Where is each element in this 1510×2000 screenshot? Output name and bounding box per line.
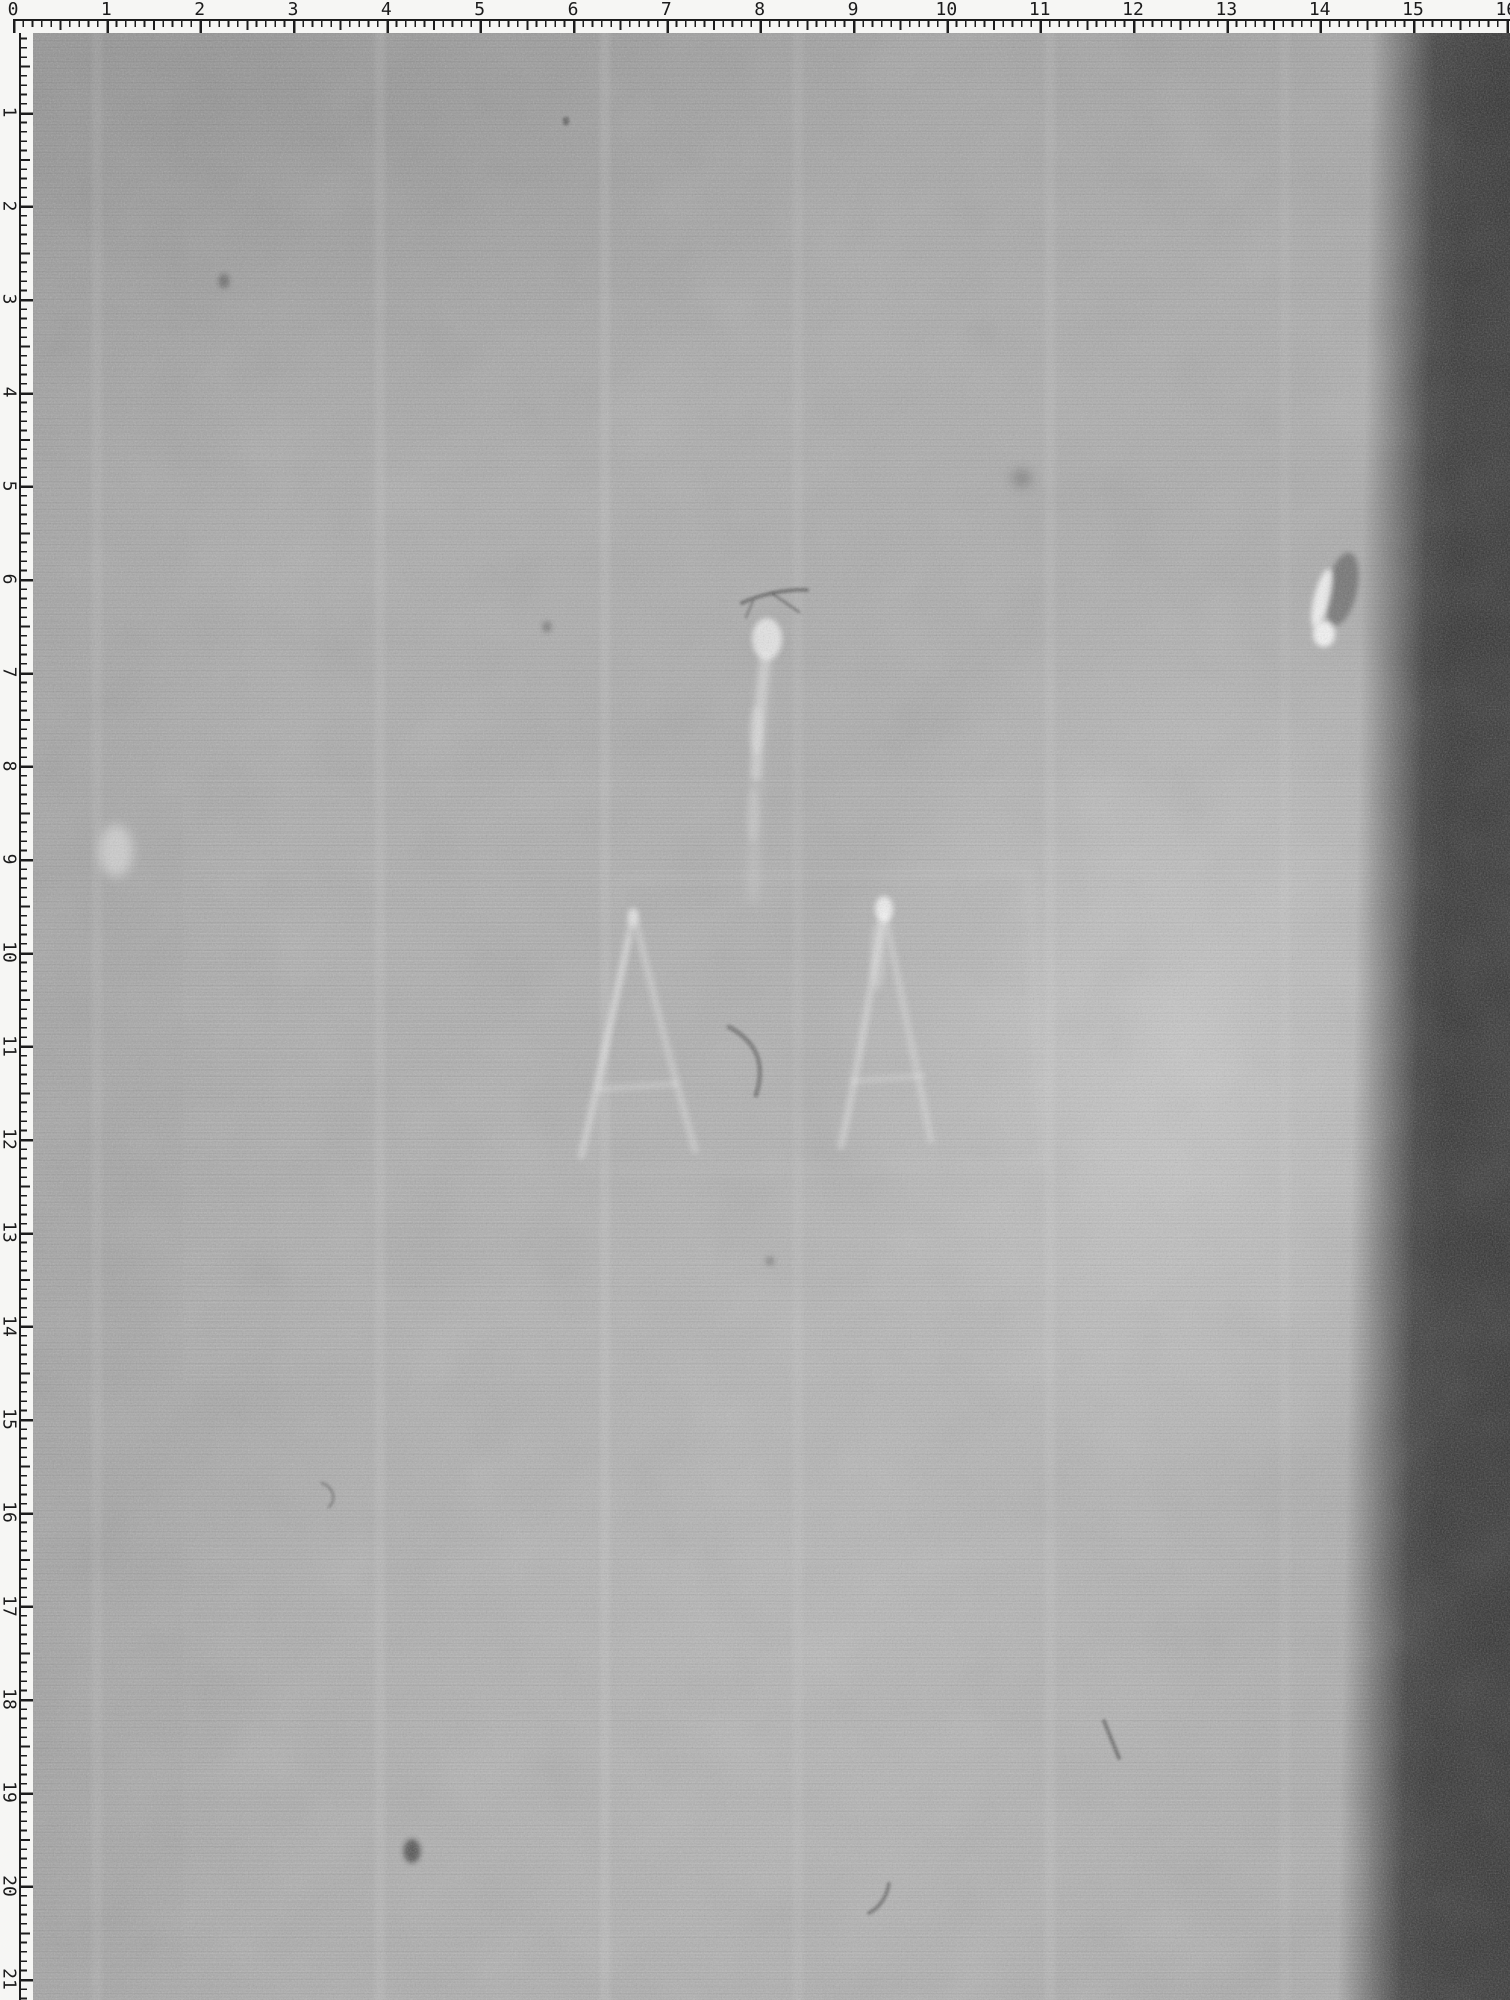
ruler-left-label: 6	[0, 574, 19, 585]
ruler-left-label: 7	[0, 667, 19, 678]
ruler-top-label: 13	[1215, 0, 1237, 19]
paper-mottle	[33, 33, 1510, 2000]
ruler-left-label: 15	[0, 1408, 19, 1430]
ruler-left-label: 2	[0, 200, 19, 211]
ruler-left-label: 16	[0, 1501, 19, 1523]
ruler-left-label: 17	[0, 1595, 19, 1617]
ruler-top-label: 4	[381, 0, 392, 19]
ruler-left-label: 9	[0, 854, 19, 865]
ruler-left-label: 1	[0, 107, 19, 118]
ruler-top-label: 10	[935, 0, 957, 19]
ruler-top-label: 5	[474, 0, 485, 19]
ruler-left-label: 3	[0, 294, 19, 305]
ruler-top-label: 6	[568, 0, 579, 19]
ruler-left-label: 13	[0, 1221, 19, 1243]
ruler-left-label: 20	[0, 1875, 19, 1897]
ruler-left-label: 5	[0, 480, 19, 491]
watermark-overlay	[0, 0, 1510, 2000]
ruler-top: 012345678910111213141516	[0, 0, 1510, 33]
ruler-left: 123456789101112131415161718192021	[0, 0, 33, 2000]
ruler-top-label: 8	[754, 0, 765, 19]
ruler-left-label: 19	[0, 1781, 19, 1803]
ruler-left-label: 21	[0, 1968, 19, 1990]
ruler-top-label: 11	[1029, 0, 1051, 19]
ruler-top-label: 2	[194, 0, 205, 19]
ruler-top-label: 0	[8, 0, 19, 19]
ruler-left-label: 12	[0, 1128, 19, 1150]
ruler-left-label: 14	[0, 1315, 19, 1337]
ruler-top-ticks	[13, 19, 1510, 33]
ruler-left-label: 4	[0, 387, 19, 398]
ruler-top-label: 3	[288, 0, 299, 19]
ruler-left-label: 11	[0, 1035, 19, 1057]
ruler-top-label: 14	[1309, 0, 1331, 19]
ruler-top-label: 9	[848, 0, 859, 19]
ruler-top-label: 16	[1495, 0, 1510, 19]
watermark-scan-image: 123456789101112131415161718192021 012345…	[0, 0, 1510, 2000]
ruler-left-label: 18	[0, 1688, 19, 1710]
ruler-left-label: 8	[0, 760, 19, 771]
ruler-top-label: 1	[101, 0, 112, 19]
ruler-top-label: 15	[1402, 0, 1424, 19]
ruler-top-label: 7	[661, 0, 672, 19]
ruler-left-label: 10	[0, 941, 19, 963]
ruler-left-ticks	[19, 19, 33, 2000]
ruler-top-label: 12	[1122, 0, 1144, 19]
